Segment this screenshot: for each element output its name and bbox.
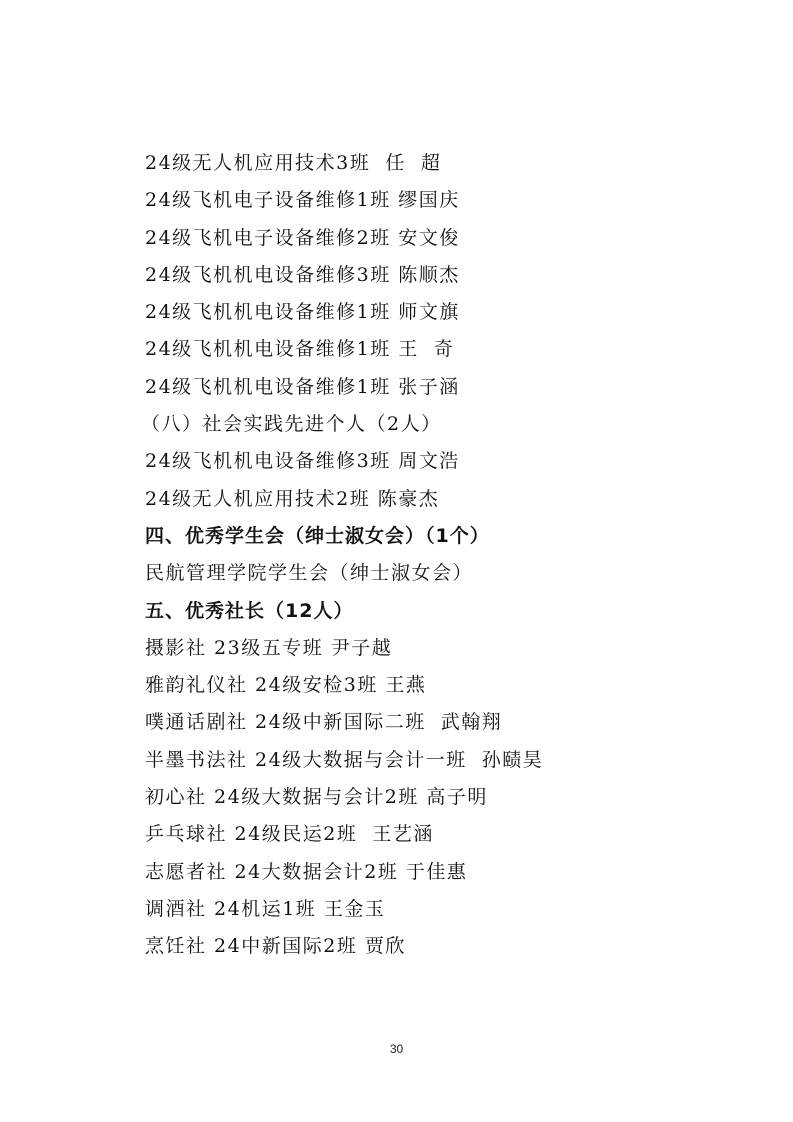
list-item: 半墨书法社 24级大数据与会计一班 孙赜昊 bbox=[145, 742, 705, 779]
list-item: 志愿者社 24大数据会计2班 于佳惠 bbox=[145, 854, 705, 891]
page-number: 30 bbox=[0, 1042, 793, 1056]
list-item: 雅韵礼仪社 24级安检3班 王燕 bbox=[145, 667, 705, 704]
list-item: 摄影社 23级五专班 尹子越 bbox=[145, 630, 705, 667]
list-item: 24级飞机电子设备维修1班 缪国庆 bbox=[145, 182, 705, 219]
list-item: 24级飞机机电设备维修3班 陈顺杰 bbox=[145, 257, 705, 294]
subsection-heading: （八）社会实践先进个人（2人） bbox=[141, 406, 705, 443]
list-item: 24级飞机电子设备维修2班 安文俊 bbox=[145, 220, 705, 257]
list-item: 24级飞机机电设备维修1班 师文旗 bbox=[145, 294, 705, 331]
list-item: 24级飞机机电设备维修3班 周文浩 bbox=[145, 443, 705, 480]
list-item: 24级无人机应用技术2班 陈豪杰 bbox=[145, 481, 705, 518]
list-item: 烹饪社 24中新国际2班 贾欣 bbox=[145, 928, 705, 965]
list-item: 乒乓球社 24级民运2班 王艺涵 bbox=[145, 816, 705, 853]
list-item: 24级无人机应用技术3班 任 超 bbox=[145, 145, 705, 182]
section-heading: 四、优秀学生会（绅士淑女会）（1个） bbox=[145, 518, 705, 555]
list-item: 初心社 24级大数据与会计2班 高子明 bbox=[145, 779, 705, 816]
list-item: 噗通话剧社 24级中新国际二班 武翰翔 bbox=[145, 704, 705, 741]
list-item: 24级飞机机电设备维修1班 王 奇 bbox=[145, 331, 705, 368]
section-heading: 五、优秀社长（12人） bbox=[145, 593, 705, 630]
list-item: 民航管理学院学生会（绅士淑女会） bbox=[145, 555, 705, 592]
list-item: 24级飞机机电设备维修1班 张子涵 bbox=[145, 369, 705, 406]
document-body: 24级无人机应用技术3班 任 超 24级飞机电子设备维修1班 缪国庆 24级飞机… bbox=[145, 145, 705, 966]
list-item: 调酒社 24机运1班 王金玉 bbox=[145, 891, 705, 928]
